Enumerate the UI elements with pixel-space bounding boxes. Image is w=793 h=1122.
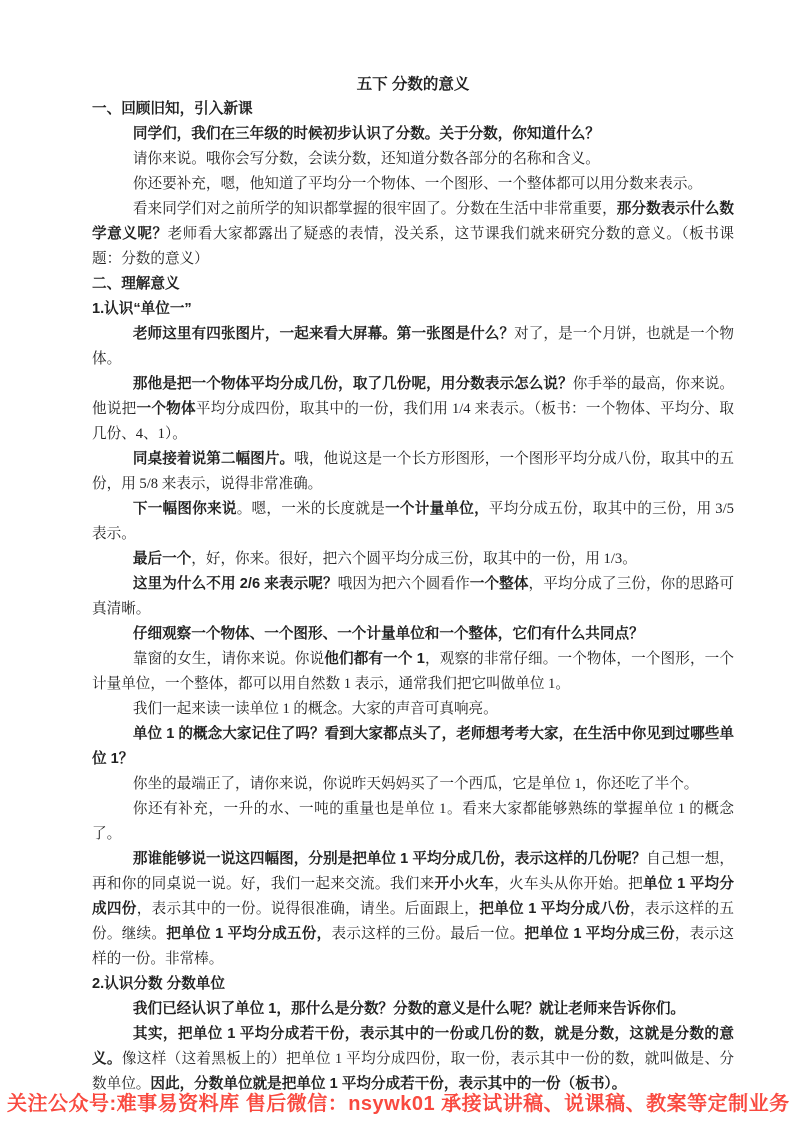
text-run: 你还有补充，一升的水、一吨的重量也是单位 1。看来大家都能够熟练的掌握单位 1 … <box>92 801 734 842</box>
document-page: 五下 分数的意义 一、回顾旧知，引入新课同学们，我们在三年级的时候初步认识了分数… <box>0 0 793 1122</box>
text-run: 把单位 1 平均分成三份 <box>524 926 674 942</box>
text-run: 我们一起来读一读单位 1 的概念。大家的声音可真响亮。 <box>133 701 498 717</box>
text-run: 同学们，我们在三年级的时候初步认识了分数。关于分数，你知道什么？ <box>133 126 600 142</box>
section-heading: 2.认识分数 分数单位 <box>92 972 734 997</box>
text-run: 把单位 1 平均分成八份 <box>479 901 630 917</box>
text-run: 一个整体 <box>470 576 529 592</box>
paragraph: 我们一起来读一读单位 1 的概念。大家的声音可真响亮。 <box>92 697 734 722</box>
text-run: 你坐的最端正了，请你来说，你说昨天妈妈买了一个西瓜，它是单位 1，你还吃了半个。 <box>133 776 699 792</box>
text-run: 靠窗的女生，请你来说。你说 <box>133 651 324 667</box>
text-run: 老师看大家都露出了疑惑的表情，没关系，这节课我们就来研究分数的意义。（板书课题：… <box>92 226 734 267</box>
text-run: 同桌接着说第二幅图片。 <box>133 451 294 467</box>
text-run: 表示这样的三份。最后一位。 <box>331 926 524 942</box>
text-run: 开小火车 <box>435 876 495 892</box>
text-run: 我们已经认识了单位 1，那什么是分数？分数的意义是什么呢？就让老师来告诉你们。 <box>133 1001 685 1017</box>
text-run: 老师这里有四张图片，一起来看大屏幕。第一张图是什么？ <box>133 326 514 342</box>
text-run: 他们都有一个 1 <box>324 651 425 667</box>
text-run: 二、理解意义 <box>92 276 180 292</box>
paragraph: 你还要补充，嗯，他知道了平均分一个物体、一个图形、一个整体都可以用分数来表示。 <box>92 172 734 197</box>
text-run: 仔细观察一个物体、一个图形、一个计量单位和一个整体，它们有什么共同点？ <box>133 626 644 642</box>
text-run: 请你来说。哦你会写分数，会读分数，还知道分数各部分的名称和含义。 <box>133 151 600 167</box>
paragraph-list: 一、回顾旧知，引入新课同学们，我们在三年级的时候初步认识了分数。关于分数，你知道… <box>92 97 734 1097</box>
text-run: 哦因为把六个圆看作 <box>338 576 470 592</box>
text-run: 你还要补充，嗯，他知道了平均分一个物体、一个图形、一个整体都可以用分数来表示。 <box>133 176 702 192</box>
paragraph: 老师这里有四张图片，一起来看大屏幕。第一张图是什么？对了，是一个月饼，也就是一个… <box>92 322 734 372</box>
section-heading: 一、回顾旧知，引入新课 <box>92 97 734 122</box>
text-run: 一个物体 <box>137 401 196 417</box>
paragraph: 同学们，我们在三年级的时候初步认识了分数。关于分数，你知道什么？ <box>92 122 734 147</box>
document-title: 五下 分数的意义 <box>92 72 734 97</box>
text-run: 单位 1 的概念大家记住了吗？看到大家都点头了，老师想考考大家，在生活中你见到过… <box>92 726 734 767</box>
text-run: 看来同学们对之前所学的知识都掌握的很牢固了。分数在生活中非常重要， <box>133 201 617 217</box>
paragraph: 我们已经认识了单位 1，那什么是分数？分数的意义是什么呢？就让老师来告诉你们。 <box>92 997 734 1022</box>
paragraph: 你还有补充，一升的水、一吨的重量也是单位 1。看来大家都能够熟练的掌握单位 1 … <box>92 797 734 847</box>
text-run: 一、回顾旧知，引入新课 <box>92 101 253 117</box>
text-run: 这里为什么不用 2/6 来表示呢？ <box>133 576 338 592</box>
section-heading: 1.认识“单位一” <box>92 297 734 322</box>
text-run: 那谁能够说一说这四幅图，分别是把单位 1 平均分成几份，表示这样的几份呢？ <box>133 851 646 867</box>
paragraph: 请你来说。哦你会写分数，会读分数，还知道分数各部分的名称和含义。 <box>92 147 734 172</box>
text-run: 因此，分数单位就是把单位 1 平均分成若干份，表示其中的一份（板书）。 <box>150 1076 626 1092</box>
paragraph: 下一幅图你来说。嗯，一米的长度就是一个计量单位，平均分成五份，取其中的三份，用 … <box>92 497 734 547</box>
document-content: 五下 分数的意义 一、回顾旧知，引入新课同学们，我们在三年级的时候初步认识了分数… <box>92 72 734 1097</box>
text-run: 1.认识“单位一” <box>92 301 192 317</box>
text-run: ，火车头从你开始。把 <box>494 876 643 892</box>
section-heading: 二、理解意义 <box>92 272 734 297</box>
paragraph: 那他是把一个物体平均分成几份，取了几份呢，用分数表示怎么说？你手举的最高，你来说… <box>92 372 734 447</box>
text-run: 2.认识分数 分数单位 <box>92 976 225 992</box>
promo-footer-text: 关注公众号:难事易资料库 售后微信：nsywk01 承接试讲稿、说课稿、教案等定… <box>7 1092 789 1116</box>
paragraph: 这里为什么不用 2/6 来表示呢？哦因为把六个圆看作一个整体，平均分成了三份，你… <box>92 572 734 622</box>
paragraph: 同桌接着说第二幅图片。哦，他说这是一个长方形图形，一个图形平均分成八份，取其中的… <box>92 447 734 497</box>
text-run: 下一幅图你来说 <box>133 501 237 517</box>
paragraph: 其实，把单位 1 平均分成若干份，表示其中的一份或几份的数，就是分数，这就是分数… <box>92 1022 734 1097</box>
paragraph: 靠窗的女生，请你来说。你说他们都有一个 1，观察的非常仔细。一个物体，一个图形，… <box>92 647 734 697</box>
text-run: 一个计量单位， <box>385 501 489 517</box>
text-run: 最后一个 <box>133 551 191 567</box>
paragraph: 那谁能够说一说这四幅图，分别是把单位 1 平均分成几份，表示这样的几份呢？自己想… <box>92 847 734 972</box>
paragraph: 单位 1 的概念大家记住了吗？看到大家都点头了，老师想考考大家，在生活中你见到过… <box>92 722 734 772</box>
text-run: 把单位 1 平均分成五份， <box>166 926 331 942</box>
paragraph: 仔细观察一个物体、一个图形、一个计量单位和一个整体，它们有什么共同点？ <box>92 622 734 647</box>
text-run: ，好，你来。很好，把六个圆平均分成三份，取其中的一份，用 1/3。 <box>191 551 637 567</box>
text-run: 。嗯，一米的长度就是 <box>237 501 385 517</box>
text-run: ，表示其中的一份。说得很准确，请坐。后面跟上， <box>137 901 480 917</box>
paragraph: 你坐的最端正了，请你来说，你说昨天妈妈买了一个西瓜，它是单位 1，你还吃了半个。 <box>92 772 734 797</box>
paragraph: 看来同学们对之前所学的知识都掌握的很牢固了。分数在生活中非常重要，那分数表示什么… <box>92 197 734 272</box>
paragraph: 最后一个，好，你来。很好，把六个圆平均分成三份，取其中的一份，用 1/3。 <box>92 547 734 572</box>
text-run: 那他是把一个物体平均分成几份，取了几份呢，用分数表示怎么说？ <box>133 376 573 392</box>
